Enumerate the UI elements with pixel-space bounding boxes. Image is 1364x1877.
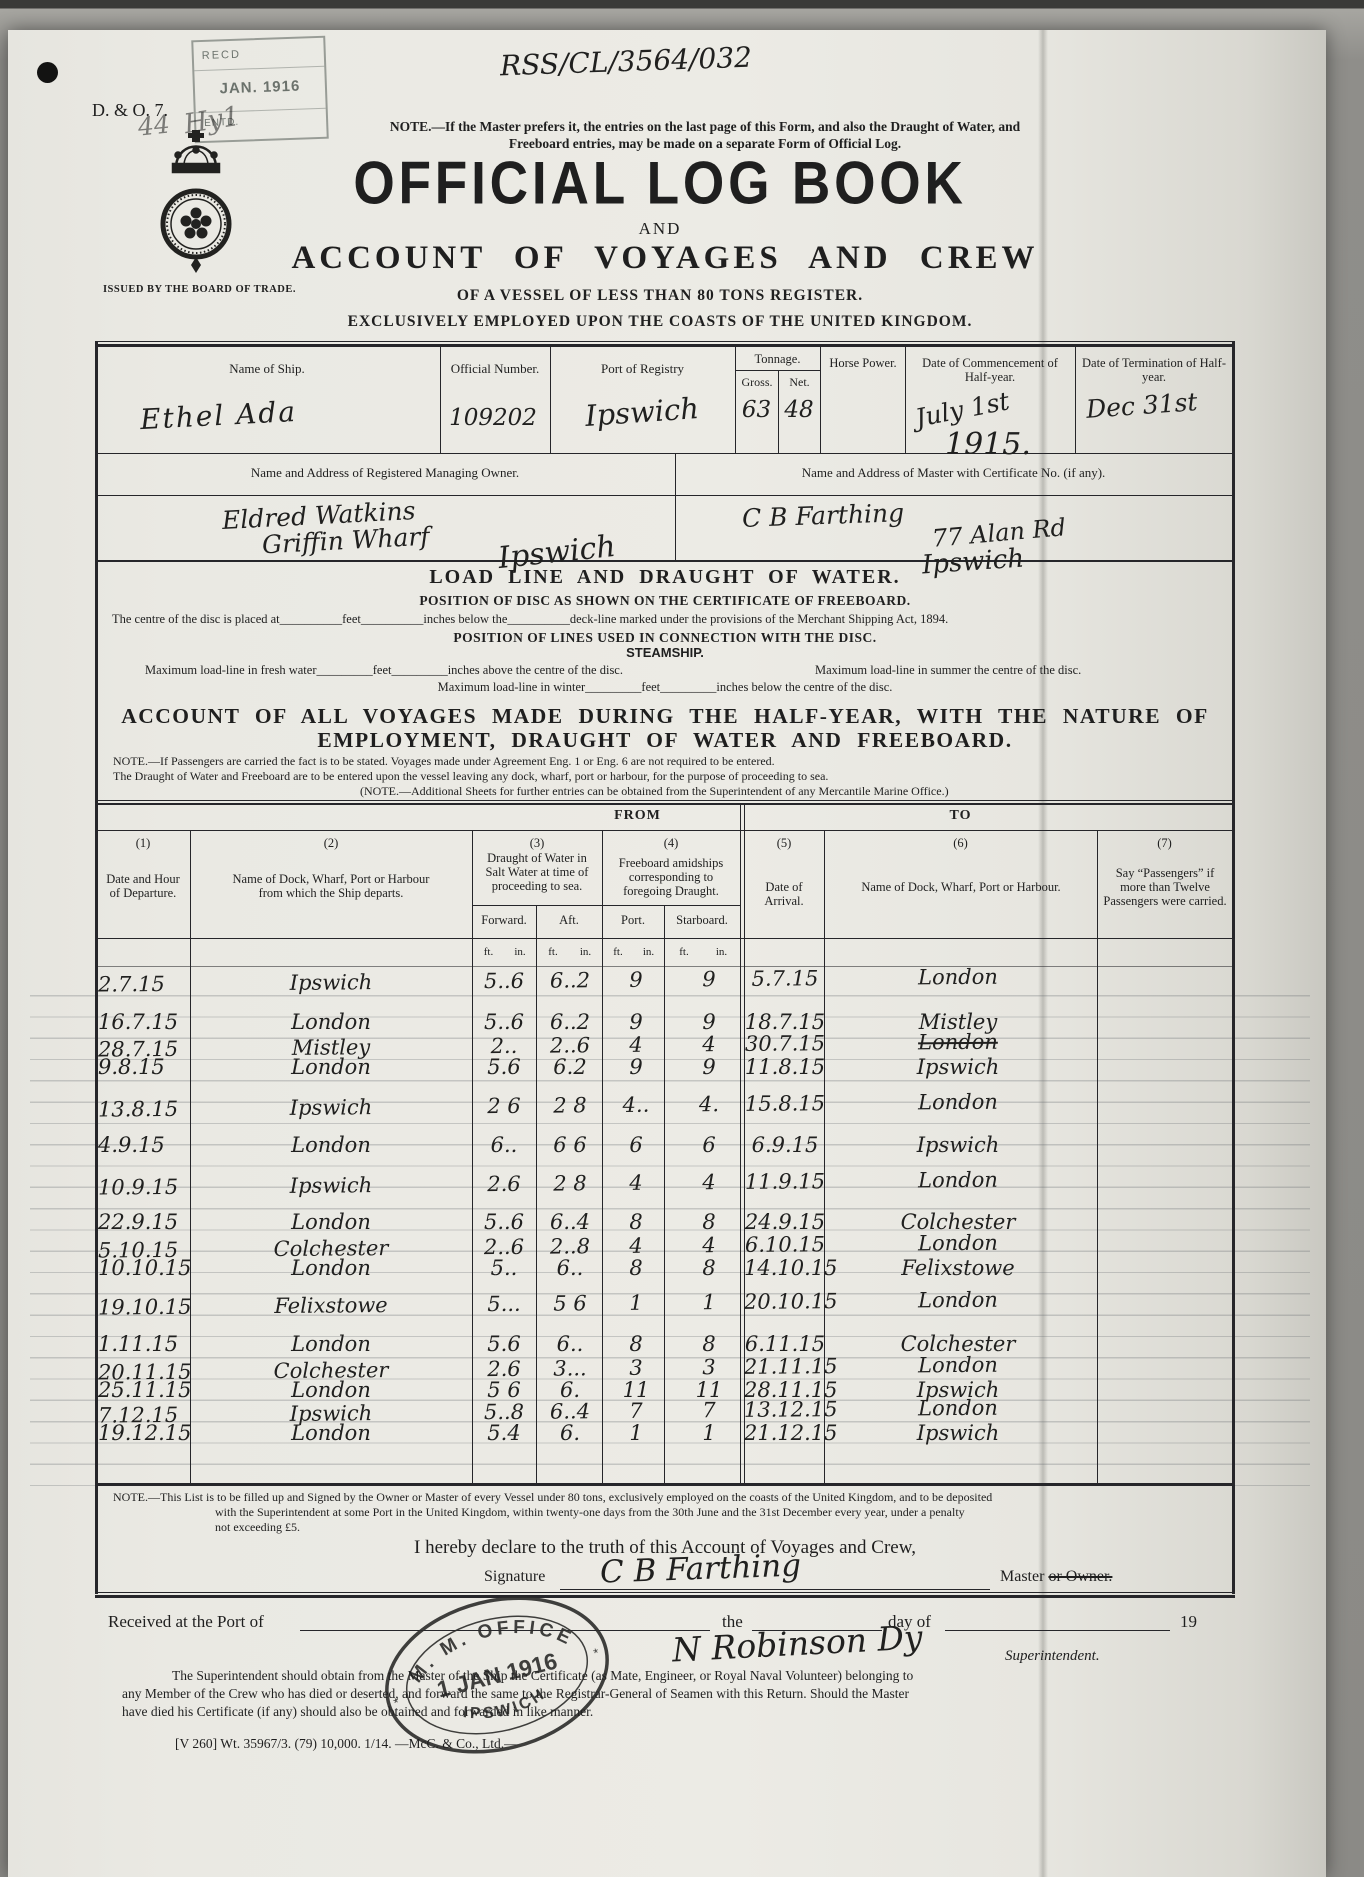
voyage-stbd-value: 1 [678,1421,740,1445]
voyage-port-value: 1 [608,1421,664,1445]
voyage-port-value: 7 [608,1399,664,1423]
voyage-to-value: London [826,1352,1090,1378]
row-line [95,830,1235,831]
unit-in: in. [634,946,663,958]
voyage-to-value: London [826,1029,1090,1055]
master-or-owner-label: Master or Owner. [1000,1568,1112,1586]
voyage-port-value: 1 [608,1291,664,1315]
voyage-dep-value: 16.7.15 [98,1010,190,1034]
voyage-from-value: Ipswich [192,1172,470,1198]
voyage-dep-value: 10.9.15 [98,1175,190,1200]
voyage-aft-value: 5 6 [540,1291,600,1316]
voyage-arr-value: 11.8.15 [744,1055,826,1079]
voyage-port-value: 4 [608,1033,664,1057]
unit-in: in. [505,946,535,958]
col6-number: (6) [826,836,1095,850]
voyage-port-value: 4 [608,1171,664,1195]
voyage-arr-value: 6.9.15 [744,1133,826,1157]
hole-punch-mark [37,62,58,83]
voyage-from-value: Ipswich [192,1094,470,1120]
column-line [1075,347,1076,453]
owner-label: Name and Address of Registered Managing … [97,466,673,481]
paper-crease [1038,30,1048,1877]
superintendent-label: Superintendent. [1005,1648,1100,1665]
voyage-stbd-value: 7 [678,1398,740,1423]
vessel-line: OF A VESSEL OF LESS THAN 80 TONS REGISTE… [230,287,1090,304]
voyage-dep-value: 25.11.15 [98,1378,190,1402]
page-title: OFFICIAL LOG BOOK [252,149,1069,217]
voyage-to-value: London [826,1230,1090,1256]
stamp-star-right: * [592,1645,601,1661]
received-port-label: Received at the Port of [108,1612,264,1631]
header-commencement: Date of Commencement of Half-year. [910,356,1070,384]
header-net: Net. [779,376,820,389]
forward-sublabel: Forward. [474,913,534,927]
voyage-aft-value: 2 8 [540,1171,600,1196]
table-border [95,341,1235,342]
voyages-note2: The Draught of Water and Freeboard are t… [113,770,828,783]
voyage-aft-value: 6. [540,1421,600,1445]
voyage-fwd-value: 5.6 [474,1332,534,1356]
voyage-stbd-value: 3 [678,1355,740,1380]
header-termination: Date of Termination of Half-year. [1080,356,1228,384]
voyage-from-value: London [192,1133,470,1157]
voyage-port-value: 3 [608,1356,664,1380]
voyage-port-value: 6 [608,1133,664,1157]
disc-position-line: POSITION OF DISC AS SHOWN ON THE CERTIFI… [95,593,1235,608]
column-line [905,347,906,453]
voyages-heading-line2: EMPLOYMENT, DRAUGHT OF WATER AND FREEBOA… [95,728,1235,752]
received-year-prefix: 19 [1180,1612,1197,1631]
voyage-stbd-value: 4. [678,1092,740,1117]
superintendent-note2: any Member of the Crew who has died or d… [122,1686,909,1701]
voyage-from-value: Felixstowe [192,1292,470,1318]
voyage-fwd-value: 5... [474,1292,534,1317]
sub-row-line [472,905,740,906]
gross-tonnage-value: 63 [735,398,778,424]
voyage-port-value: 4 [608,1234,664,1258]
voyage-fwd-value: 6.. [474,1133,534,1157]
voyage-dep-value: 22.9.15 [98,1210,190,1234]
voyage-row: 9.8.15London5.66.29911.8.15Ipswich [0,1055,1240,1083]
voyage-to-value: London [826,1395,1090,1421]
voyage-stbd-value: 9 [678,967,740,992]
unit-ft: ft. [473,946,504,958]
fresh-water-line: Maximum load-line in fresh water________… [145,663,623,677]
col4-label: Freeboard amidships corresponding to for… [608,856,734,898]
col2-number: (2) [192,836,470,850]
printer-imprint: [V 260] Wt. 35967/3. (79) 10,000. 1/14. … [175,1736,518,1751]
voyage-stbd-value: 8 [678,1256,740,1280]
voyage-fwd-value: 5.4 [474,1421,534,1445]
unit-ft: ft. [603,946,633,958]
to-label: TO [824,808,1097,824]
voyage-from-value: London [192,1332,470,1356]
stamp-date-text: JAN. 1916 [195,78,326,99]
voyage-from-value: London [192,1421,470,1445]
voyage-fwd-value: 5.. [474,1256,534,1280]
voyage-fwd-value: 5..6 [474,1210,534,1234]
voyage-to-value: London [826,1167,1090,1193]
voyage-stbd-value: 9 [678,1010,740,1034]
voyage-arr-value: 6.10.15 [744,1232,826,1257]
col1-number: (1) [97,836,189,850]
superintendent-note1: The Superintendent should obtain from th… [172,1668,913,1683]
voyage-port-value: 8 [608,1332,664,1356]
voyage-to-value: Ipswich [826,1133,1090,1157]
col7-number: (7) [1099,836,1230,850]
voyages-note1: NOTE.—If Passengers are carried the fact… [113,755,775,768]
voyage-stbd-value: 4 [678,1233,740,1258]
voyage-fwd-value: 5.6 [474,1055,534,1079]
table-border [95,344,1235,347]
section-line [95,560,1235,562]
voyage-dep-value: 13.8.15 [98,1097,190,1122]
unit-in: in. [570,946,601,958]
voyage-from-value: London [192,1010,470,1034]
col5-label: Date of Arrival. [748,880,820,908]
voyage-row: 19.12.15London5.46.1121.12.15Ipswich [0,1421,1240,1449]
voyage-stbd-value: 8 [678,1210,740,1234]
declaration-note3: not exceeding £5. [215,1521,300,1534]
summer-line: Maximum load-line in summer the centre o… [815,663,1081,677]
voyage-fwd-value: 5 6 [474,1378,534,1402]
voyage-stbd-value: 1 [678,1290,740,1315]
master-name-value: C B Farthing [742,499,905,533]
unit-in: in. [704,946,739,958]
voyage-arr-value: 30.7.15 [744,1031,826,1056]
header-port-of-registry: Port of Registry [552,362,733,377]
section-heavy-line [95,1595,1235,1598]
table-border [95,800,1235,801]
load-line-title: LOAD LINE AND DRAUGHT OF WATER. [95,566,1235,588]
voyage-to-value: London [826,964,1090,990]
voyage-arr-value: 11.9.15 [744,1169,826,1194]
voyage-to-value: London [826,1089,1090,1115]
top-note-line1: NOTE.—If the Master prefers it, the entr… [360,119,1050,134]
voyage-stbd-value: 4 [678,1170,740,1195]
from-label: FROM [95,808,740,824]
voyage-stbd-value: 8 [678,1332,740,1356]
net-tonnage-value: 48 [778,398,820,424]
voyage-aft-value: 6.2 [540,1055,600,1079]
voyage-aft-value: 6.. [540,1256,600,1280]
master-signature-value: C B Farthing [599,1549,801,1591]
voyage-from-value: London [192,1378,470,1402]
row-line [95,495,1235,496]
row-line [95,938,1235,939]
header-horse-power: Horse Power. [826,356,900,370]
master-label: Name and Address of Master with Certific… [677,466,1230,481]
commencement-year-value: 1915. [945,428,1031,462]
voyage-port-value: 9 [608,1055,664,1079]
fill-line [945,1630,1170,1631]
voyage-arr-value: 21.12.15 [744,1421,826,1445]
voyage-to-value: Ipswich [826,1421,1090,1445]
voyage-stbd-value: 4 [678,1032,740,1057]
voyage-fwd-value: 5..6 [474,1010,534,1034]
voyage-from-value: Ipswich [192,969,470,995]
voyages-heading-line1: ACCOUNT OF ALL VOYAGES MADE DURING THE H… [95,704,1235,728]
table-border [95,803,1235,805]
voyage-to-value: London [826,1287,1090,1313]
voyage-dep-value: 4.9.15 [98,1133,190,1157]
voyage-dep-value: 19.10.15 [98,1295,190,1320]
voyage-aft-value: 6 6 [540,1133,600,1157]
title-and-word: AND [230,219,1090,238]
voyage-arr-value: 13.12.15 [744,1397,826,1422]
col1-label: Date and Hour of Departure. [106,872,180,900]
voyage-from-value: London [192,1256,470,1280]
steamship-label: STEAMSHIP. [95,646,1235,661]
tonnage-subdivider [735,370,820,371]
voyage-fwd-value: 2.6 [474,1172,534,1197]
coasts-line: EXCLUSIVELY EMPLOYED UPON THE COASTS OF … [230,313,1090,330]
col3-label: Draught of Water in Salt Water at time o… [478,851,596,893]
lines-position-line: POSITION OF LINES USED IN CONNECTION WIT… [95,630,1235,645]
voyage-port-value: 8 [608,1210,664,1234]
unit-ft: ft. [665,946,703,958]
column-line [820,347,821,453]
voyage-aft-value: 6..2 [540,1010,600,1034]
declaration-note2: with the Superintendent at some Port in … [215,1506,965,1519]
voyage-arr-value: 24.9.15 [744,1210,826,1234]
master-word: Master [1000,1568,1044,1585]
official-number-value: 109202 [442,406,544,432]
column-line [550,347,551,453]
voyage-aft-value: 6.. [540,1332,600,1356]
voyage-arr-value: 20.10.15 [744,1289,826,1314]
table-border [95,1483,1235,1486]
voyage-fwd-value: 5..6 [474,969,534,994]
col3-number: (3) [474,836,600,850]
voyage-port-value: 8 [608,1256,664,1280]
header-tonnage: Tonnage. [737,352,818,366]
voyage-row: 4.9.15London6..6 6666.9.15Ipswich [0,1133,1240,1161]
voyage-fwd-value: 2 6 [474,1094,534,1119]
row-line [95,453,1235,454]
voyage-port-value: 9 [608,1010,664,1034]
superintendent-note3: have died his Certificate (if any) shoul… [122,1704,593,1719]
page-subtitle: ACCOUNT OF VOYAGES AND CREW [160,240,1170,277]
voyage-arr-value: 21.11.15 [744,1354,826,1379]
disc-centre-line: The centre of the disc is placed at_____… [112,612,948,626]
section-heavy-line [95,1592,1235,1593]
stamp-recd-text: RECD [202,49,242,63]
scanned-log-book-page: RECD JAN. 1916 ENTD. RSS/CL/3564/032 D. … [0,0,1364,1877]
or-owner-word-struck: or Owner. [1048,1568,1112,1585]
aft-sublabel: Aft. [538,913,600,927]
voyage-to-value: Felixstowe [826,1256,1090,1280]
stamp-divider [194,66,324,72]
voyage-from-value: London [192,1210,470,1234]
voyage-arr-value: 15.8.15 [744,1091,826,1116]
voyage-aft-value: 2 8 [540,1093,600,1118]
column-line [440,347,441,453]
col7-label: Say “Passengers” if more than Twelve Pas… [1103,866,1227,908]
col6-label: Name of Dock, Wharf, Port or Harbour. [856,880,1066,894]
voyage-dep-value: 9.8.15 [98,1055,190,1079]
winter-line: Maximum load-line in winter_________feet… [95,680,1235,694]
voyage-aft-value: 6..4 [540,1210,600,1234]
voyage-aft-value: 6..2 [540,968,600,993]
header-gross: Gross. [736,376,778,389]
voyage-to-value: Ipswich [826,1055,1090,1079]
col5-number: (5) [746,836,822,850]
voyage-port-value: 4.. [608,1093,664,1117]
voyage-dep-value: 10.10.15 [98,1256,190,1280]
voyage-dep-value: 2.7.15 [98,972,190,997]
unit-ft: ft. [537,946,569,958]
voyage-arr-value: 14.10.15 [744,1256,826,1280]
voyage-port-value: 9 [608,968,664,992]
col2-label: Name of Dock, Wharf, Port or Harbour fro… [222,872,440,900]
voyage-stbd-value: 9 [678,1055,740,1079]
starboard-sublabel: Starboard. [666,913,738,927]
voyage-from-value: London [192,1055,470,1079]
col4-number: (4) [604,836,738,850]
voyage-arr-value: 5.7.15 [744,966,826,991]
voyage-dep-value: 1.11.15 [98,1332,190,1356]
voyage-dep-value: 19.12.15 [98,1421,190,1445]
header-official-number: Official Number. [442,362,548,377]
voyage-arr-value: 6.11.15 [744,1332,826,1356]
declaration-note1: NOTE.—This List is to be filled up and S… [113,1491,992,1504]
voyage-row: 10.10.15London5..6..8814.10.15Felixstowe [0,1256,1240,1284]
header-name-of-ship: Name of Ship. [97,362,437,377]
voyages-note3: (NOTE.—Additional Sheets for further ent… [360,785,949,798]
voyage-stbd-value: 6 [678,1133,740,1157]
owner-master-divider [675,453,676,560]
port-sublabel: Port. [604,913,662,927]
